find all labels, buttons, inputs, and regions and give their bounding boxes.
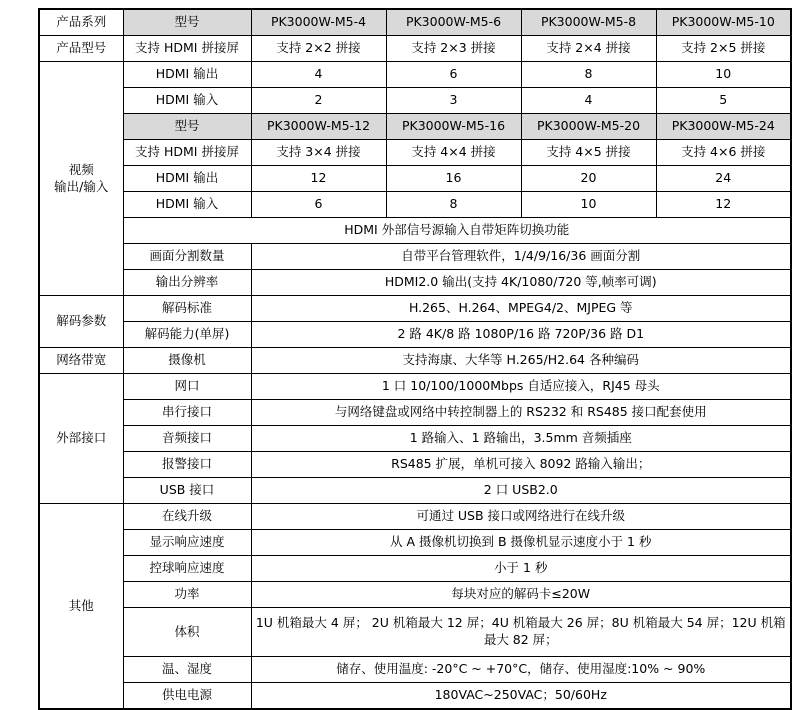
cell-alarm-label: 报警接口 bbox=[123, 452, 251, 478]
cell-usb-label: USB 接口 bbox=[123, 478, 251, 504]
table-row: 解码参数 解码标准 H.265、H.264、MPEG4/2、MJPEG 等 bbox=[39, 296, 791, 322]
cell-display-resp-label: 显示响应速度 bbox=[123, 530, 251, 556]
cell-hdmi-in-g2-1: 8 bbox=[386, 192, 521, 218]
cell-camera-value: 支持海康、大华等 H.265/H2.64 各种编码 bbox=[251, 348, 791, 374]
cell-ptz-resp-label: 控球响应速度 bbox=[123, 556, 251, 582]
cell-serial-label: 串行接口 bbox=[123, 400, 251, 426]
cell-hdmi-in-g2-3: 12 bbox=[656, 192, 791, 218]
cell-upgrade-value: 可通过 USB 接口或网络进行在线升级 bbox=[251, 504, 791, 530]
cell-power-value: 每块对应的解码卡≤20W bbox=[251, 582, 791, 608]
cell-hdmi-in-label-2: HDMI 输入 bbox=[123, 192, 251, 218]
cell-screen-split-value: 自带平台管理软件，1/4/9/16/36 画面分割 bbox=[251, 244, 791, 270]
table-row: 输出分辨率 HDMI2.0 输出(支持 4K/1080/720 等,帧率可调) bbox=[39, 270, 791, 296]
cell-output-res-value: HDMI2.0 输出(支持 4K/1080/720 等,帧率可调) bbox=[251, 270, 791, 296]
cell-hdmi-out-g2-2: 20 bbox=[521, 166, 656, 192]
cell-model-g2-2: PK3000W-M5-20 bbox=[521, 114, 656, 140]
table-row: 体积 1U 机箱最大 4 屏； 2U 机箱最大 12 屏；4U 机箱最大 26 … bbox=[39, 608, 791, 657]
cell-power-label: 功率 bbox=[123, 582, 251, 608]
cell-decode-std-label: 解码标准 bbox=[123, 296, 251, 322]
table-row: 外部接口 网口 1 口 10/100/1000Mbps 自适应接入，RJ45 母… bbox=[39, 374, 791, 400]
cell-volume-value: 1U 机箱最大 4 屏； 2U 机箱最大 12 屏；4U 机箱最大 26 屏；8… bbox=[251, 608, 791, 657]
cell-network-bandwidth: 网络带宽 bbox=[39, 348, 123, 374]
cell-splice-g1-3: 支持 2×5 拼接 bbox=[656, 36, 791, 62]
cell-model-g1-2: PK3000W-M5-8 bbox=[521, 9, 656, 36]
cell-splice-g2-2: 支持 4×5 拼接 bbox=[521, 140, 656, 166]
cell-hdmi-in-g2-2: 10 bbox=[521, 192, 656, 218]
cell-splice-g2-1: 支持 4×4 拼接 bbox=[386, 140, 521, 166]
cell-hdmi-out-label-2: HDMI 输出 bbox=[123, 166, 251, 192]
cell-display-resp-value: 从 A 摄像机切换到 B 摄像机显示速度小于 1 秒 bbox=[251, 530, 791, 556]
cell-splice-label-1: 支持 HDMI 拼接屏 bbox=[123, 36, 251, 62]
cell-audio-label: 音频接口 bbox=[123, 426, 251, 452]
cell-model-label-1: 型号 bbox=[123, 9, 251, 36]
cell-hdmi-out-g1-1: 6 bbox=[386, 62, 521, 88]
table-row: 串行接口 与网络键盘或网络中转控制器上的 RS232 和 RS485 接口配套使… bbox=[39, 400, 791, 426]
cell-temp-value: 储存、使用温度: -20°C ~ +70°C，储存、使用湿度:10% ~ 90% bbox=[251, 657, 791, 683]
table-row: HDMI 输出 12 16 20 24 bbox=[39, 166, 791, 192]
cell-external-interfaces: 外部接口 bbox=[39, 374, 123, 504]
cell-model-g1-3: PK3000W-M5-10 bbox=[656, 9, 791, 36]
cell-hdmi-in-g1-0: 2 bbox=[251, 88, 386, 114]
video-io-line1: 视频 bbox=[44, 162, 119, 179]
cell-splice-g2-3: 支持 4×6 拼接 bbox=[656, 140, 791, 166]
table-row: 温、湿度 储存、使用温度: -20°C ~ +70°C，储存、使用湿度:10% … bbox=[39, 657, 791, 683]
table-row: 画面分割数量 自带平台管理软件，1/4/9/16/36 画面分割 bbox=[39, 244, 791, 270]
cell-model-label-2: 型号 bbox=[123, 114, 251, 140]
cell-temp-label: 温、湿度 bbox=[123, 657, 251, 683]
cell-ptz-resp-value: 小于 1 秒 bbox=[251, 556, 791, 582]
cell-volume-label: 体积 bbox=[123, 608, 251, 657]
spec-table: 产品系列 型号 PK3000W-M5-4 PK3000W-M5-6 PK3000… bbox=[38, 8, 792, 710]
table-row: 产品型号 支持 HDMI 拼接屏 支持 2×2 拼接 支持 2×3 拼接 支持 … bbox=[39, 36, 791, 62]
cell-matrix-note: HDMI 外部信号源输入自带矩阵切换功能 bbox=[123, 218, 791, 244]
cell-model-g2-0: PK3000W-M5-12 bbox=[251, 114, 386, 140]
cell-product-series: 产品系列 bbox=[39, 9, 123, 36]
cell-alarm-value: RS485 扩展，单机可接入 8092 路输入输出； bbox=[251, 452, 791, 478]
table-row: 产品系列 型号 PK3000W-M5-4 PK3000W-M5-6 PK3000… bbox=[39, 9, 791, 36]
spec-sheet: 产品系列 型号 PK3000W-M5-4 PK3000W-M5-6 PK3000… bbox=[0, 0, 800, 708]
table-row: 型号 PK3000W-M5-12 PK3000W-M5-16 PK3000W-M… bbox=[39, 114, 791, 140]
table-row: HDMI 外部信号源输入自带矩阵切换功能 bbox=[39, 218, 791, 244]
cell-splice-g1-1: 支持 2×3 拼接 bbox=[386, 36, 521, 62]
table-row: 报警接口 RS485 扩展，单机可接入 8092 路输入输出； bbox=[39, 452, 791, 478]
cell-supply-value: 180VAC~250VAC；50/60Hz bbox=[251, 683, 791, 710]
cell-net-port-label: 网口 bbox=[123, 374, 251, 400]
cell-usb-value: 2 口 USB2.0 bbox=[251, 478, 791, 504]
table-row: 供电电源 180VAC~250VAC；50/60Hz bbox=[39, 683, 791, 710]
table-row: 网络带宽 摄像机 支持海康、大华等 H.265/H2.64 各种编码 bbox=[39, 348, 791, 374]
cell-decode-cap-label: 解码能力(单屏) bbox=[123, 322, 251, 348]
table-row: 解码能力(单屏) 2 路 4K/8 路 1080P/16 路 720P/36 路… bbox=[39, 322, 791, 348]
cell-model-g1-0: PK3000W-M5-4 bbox=[251, 9, 386, 36]
cell-hdmi-out-g2-3: 24 bbox=[656, 166, 791, 192]
cell-other: 其他 bbox=[39, 504, 123, 710]
cell-supply-label: 供电电源 bbox=[123, 683, 251, 710]
cell-model-g2-3: PK3000W-M5-24 bbox=[656, 114, 791, 140]
cell-hdmi-out-g2-0: 12 bbox=[251, 166, 386, 192]
cell-model-g2-1: PK3000W-M5-16 bbox=[386, 114, 521, 140]
cell-hdmi-in-g2-0: 6 bbox=[251, 192, 386, 218]
cell-video-io: 视频 输出/输入 bbox=[39, 62, 123, 296]
cell-hdmi-out-g1-0: 4 bbox=[251, 62, 386, 88]
table-row: 控球响应速度 小于 1 秒 bbox=[39, 556, 791, 582]
table-row: 功率 每块对应的解码卡≤20W bbox=[39, 582, 791, 608]
cell-hdmi-out-g2-1: 16 bbox=[386, 166, 521, 192]
cell-hdmi-in-g1-3: 5 bbox=[656, 88, 791, 114]
table-row: 视频 输出/输入 HDMI 输出 4 6 8 10 bbox=[39, 62, 791, 88]
cell-hdmi-in-g1-2: 4 bbox=[521, 88, 656, 114]
cell-decode-cap-value: 2 路 4K/8 路 1080P/16 路 720P/36 路 D1 bbox=[251, 322, 791, 348]
cell-upgrade-label: 在线升级 bbox=[123, 504, 251, 530]
cell-net-port-value: 1 口 10/100/1000Mbps 自适应接入，RJ45 母头 bbox=[251, 374, 791, 400]
cell-splice-g1-2: 支持 2×4 拼接 bbox=[521, 36, 656, 62]
cell-hdmi-in-label-1: HDMI 输入 bbox=[123, 88, 251, 114]
cell-model-g1-1: PK3000W-M5-6 bbox=[386, 9, 521, 36]
table-row: USB 接口 2 口 USB2.0 bbox=[39, 478, 791, 504]
cell-hdmi-in-g1-1: 3 bbox=[386, 88, 521, 114]
video-io-line2: 输出/输入 bbox=[44, 179, 119, 196]
table-row: 音频接口 1 路输入、1 路输出，3.5mm 音频插座 bbox=[39, 426, 791, 452]
cell-screen-split-label: 画面分割数量 bbox=[123, 244, 251, 270]
cell-output-res-label: 输出分辨率 bbox=[123, 270, 251, 296]
table-row: 支持 HDMI 拼接屏 支持 3×4 拼接 支持 4×4 拼接 支持 4×5 拼… bbox=[39, 140, 791, 166]
cell-splice-label-2: 支持 HDMI 拼接屏 bbox=[123, 140, 251, 166]
cell-hdmi-out-label-1: HDMI 输出 bbox=[123, 62, 251, 88]
cell-product-model: 产品型号 bbox=[39, 36, 123, 62]
table-row: 显示响应速度 从 A 摄像机切换到 B 摄像机显示速度小于 1 秒 bbox=[39, 530, 791, 556]
table-row: 其他 在线升级 可通过 USB 接口或网络进行在线升级 bbox=[39, 504, 791, 530]
cell-camera-label: 摄像机 bbox=[123, 348, 251, 374]
table-row: HDMI 输入 6 8 10 12 bbox=[39, 192, 791, 218]
table-row: HDMI 输入 2 3 4 5 bbox=[39, 88, 791, 114]
cell-splice-g2-0: 支持 3×4 拼接 bbox=[251, 140, 386, 166]
cell-serial-value: 与网络键盘或网络中转控制器上的 RS232 和 RS485 接口配套使用 bbox=[251, 400, 791, 426]
cell-decode-params: 解码参数 bbox=[39, 296, 123, 348]
cell-splice-g1-0: 支持 2×2 拼接 bbox=[251, 36, 386, 62]
cell-audio-value: 1 路输入、1 路输出，3.5mm 音频插座 bbox=[251, 426, 791, 452]
cell-decode-std-value: H.265、H.264、MPEG4/2、MJPEG 等 bbox=[251, 296, 791, 322]
cell-hdmi-out-g1-3: 10 bbox=[656, 62, 791, 88]
cell-hdmi-out-g1-2: 8 bbox=[521, 62, 656, 88]
